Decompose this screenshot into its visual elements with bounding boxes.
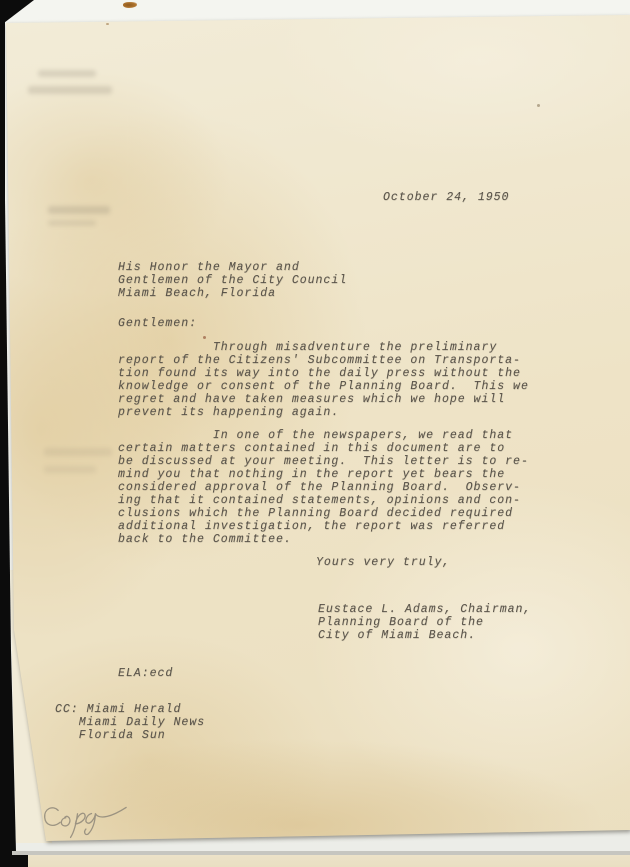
handwritten-copy-note: [38, 793, 133, 845]
body-paragraph-2: In one of the newspapers, we read that c…: [118, 429, 529, 546]
signature-block: Eustace L. Adams, Chairman, Planning Boa…: [318, 603, 531, 642]
recipient-address: His Honor the Mayor and Gentlemen of the…: [118, 261, 347, 300]
ink-dot: [537, 104, 540, 107]
salutation: Gentlemen:: [118, 317, 197, 330]
ghost-ink-imprint: [38, 70, 96, 77]
date-line: October 24, 1950: [383, 191, 509, 204]
letter-paper: October 24, 1950 His Honor the Mayor and…: [0, 0, 630, 867]
typist-initials: ELA:ecd: [118, 667, 173, 680]
body-paragraph-1: Through misadventure the preliminary rep…: [118, 341, 529, 419]
ghost-ink-imprint: [44, 466, 96, 473]
ink-dot: [203, 336, 206, 339]
ghost-ink-imprint: [48, 206, 110, 214]
ghost-ink-imprint: [44, 448, 112, 456]
ink-dot: [106, 23, 109, 25]
ghost-ink-imprint: [48, 220, 96, 226]
letter-paper-wrap: October 24, 1950 His Honor the Mayor and…: [0, 0, 630, 867]
cc-list: CC: Miami Herald Miami Daily News Florid…: [55, 703, 205, 742]
scanned-letter-page: October 24, 1950 His Honor the Mayor and…: [0, 0, 630, 867]
complimentary-close: Yours very truly,: [316, 556, 450, 569]
ghost-ink-imprint: [28, 86, 112, 94]
